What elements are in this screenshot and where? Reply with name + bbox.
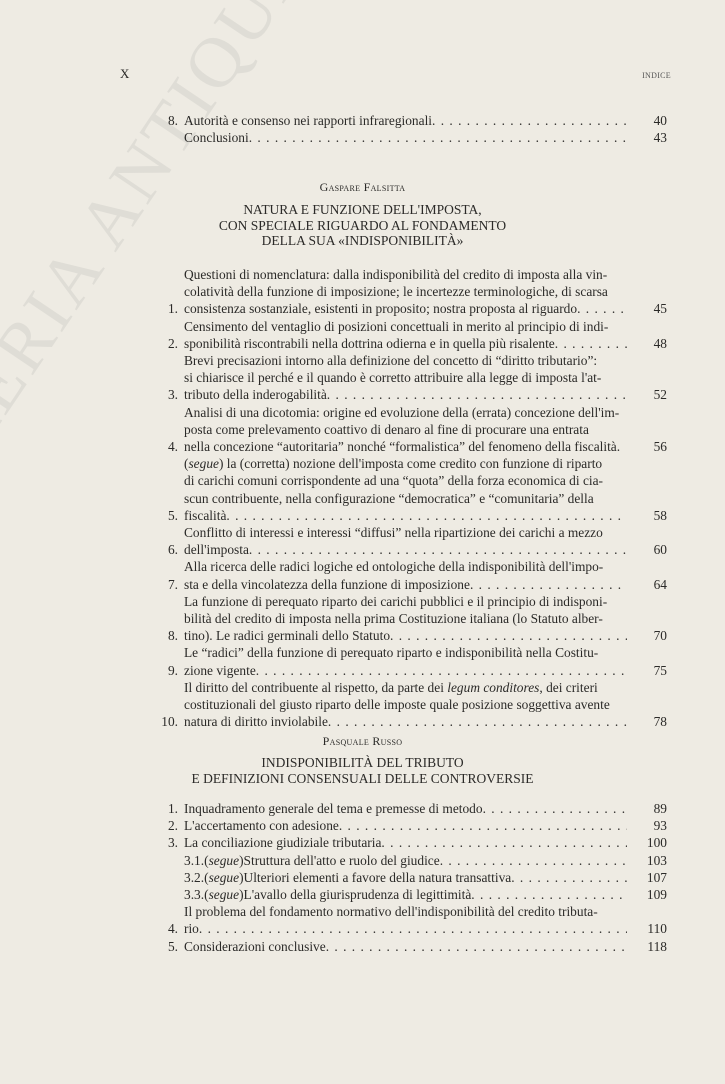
section-title: NATURA E FUNZIONE DELL'IMPOSTA, CON SPEC… (0, 202, 725, 249)
page-number: 48 (631, 335, 667, 352)
toc-entry[interactable]: 8. Autorità e consenso nei rapporti infr… (147, 112, 667, 129)
page-number: 100 (631, 834, 667, 851)
page-number: 45 (631, 300, 667, 317)
running-head: INDICE (642, 71, 671, 80)
page-number: 70 (631, 627, 667, 644)
page-header: X INDICE (120, 66, 671, 82)
page-folio: X (120, 66, 129, 82)
toc-entry[interactable]: 2. Censimento del ventaglio di posizioni… (147, 318, 667, 352)
toc-entry[interactable]: 1. Questioni di nomenclatura: dalla indi… (147, 266, 667, 318)
section-title: INDISPONIBILITÀ DEL TRIBUTO E DEFINIZION… (0, 755, 725, 786)
section-author: Gaspare Falsitta (0, 180, 725, 195)
toc-subentry[interactable]: 3.3.(segue) L'avallo della giurisprudenz… (147, 886, 667, 903)
page-number: 109 (631, 886, 667, 903)
page-number: 75 (631, 662, 667, 679)
toc-entry[interactable]: 4. Il problema del fondamento normativo … (147, 903, 667, 937)
page-number: 118 (631, 938, 667, 955)
page-number: 64 (631, 576, 667, 593)
page-number: 107 (631, 869, 667, 886)
toc-russo: 1. Inquadramento generale del tema e pre… (147, 800, 667, 955)
page-number: 78 (631, 713, 667, 730)
toc-entry[interactable]: 3. La conciliazione giudiziale tributari… (147, 834, 667, 851)
page-number: 103 (631, 852, 667, 869)
page-number: 60 (631, 541, 667, 558)
toc-entry[interactable]: 7. Alla ricerca delle radici logiche ed … (147, 558, 667, 592)
toc-entry[interactable]: 3. Brevi precisazioni intorno alla defin… (147, 352, 667, 404)
toc-entry[interactable]: 6. Conflitto di interessi e interessi “d… (147, 524, 667, 558)
toc-entry[interactable]: 8. La funzione di perequato riparto dei … (147, 593, 667, 645)
page-number: 40 (631, 112, 667, 129)
toc-entry[interactable]: Conclusioni 43 (147, 129, 667, 146)
page-number: 43 (631, 129, 667, 146)
toc-entry[interactable]: 10. Il diritto del contribuente al rispe… (147, 679, 667, 731)
page-number: 93 (631, 817, 667, 834)
page-number: 56 (631, 438, 667, 455)
page-number: 58 (631, 507, 667, 524)
section-author: Pasquale Russo (0, 734, 725, 749)
toc-subentry[interactable]: 3.1.(segue) Struttura dell'atto e ruolo … (147, 852, 667, 869)
toc-entry[interactable]: 9. Le “radici” della funzione di perequa… (147, 644, 667, 678)
toc-entry[interactable]: 2. L'accertamento con adesione 93 (147, 817, 667, 834)
page-number: 89 (631, 800, 667, 817)
toc-subentry[interactable]: 3.2.(segue) Ulteriori elementi a favore … (147, 869, 667, 886)
toc-entry[interactable]: 1. Inquadramento generale del tema e pre… (147, 800, 667, 817)
toc-falsitta: 1. Questioni di nomenclatura: dalla indi… (147, 266, 667, 730)
toc-entry[interactable]: 5. Considerazioni conclusive 118 (147, 938, 667, 955)
page-number: 110 (631, 920, 667, 937)
toc-entry[interactable]: 5. (segue) la (corretta) nozione dell'im… (147, 455, 667, 524)
page-number: 52 (631, 386, 667, 403)
toc-entry[interactable]: 4. Analisi di una dicotomia: origine ed … (147, 404, 667, 456)
toc-previous-section: 8. Autorità e consenso nei rapporti infr… (147, 112, 667, 146)
